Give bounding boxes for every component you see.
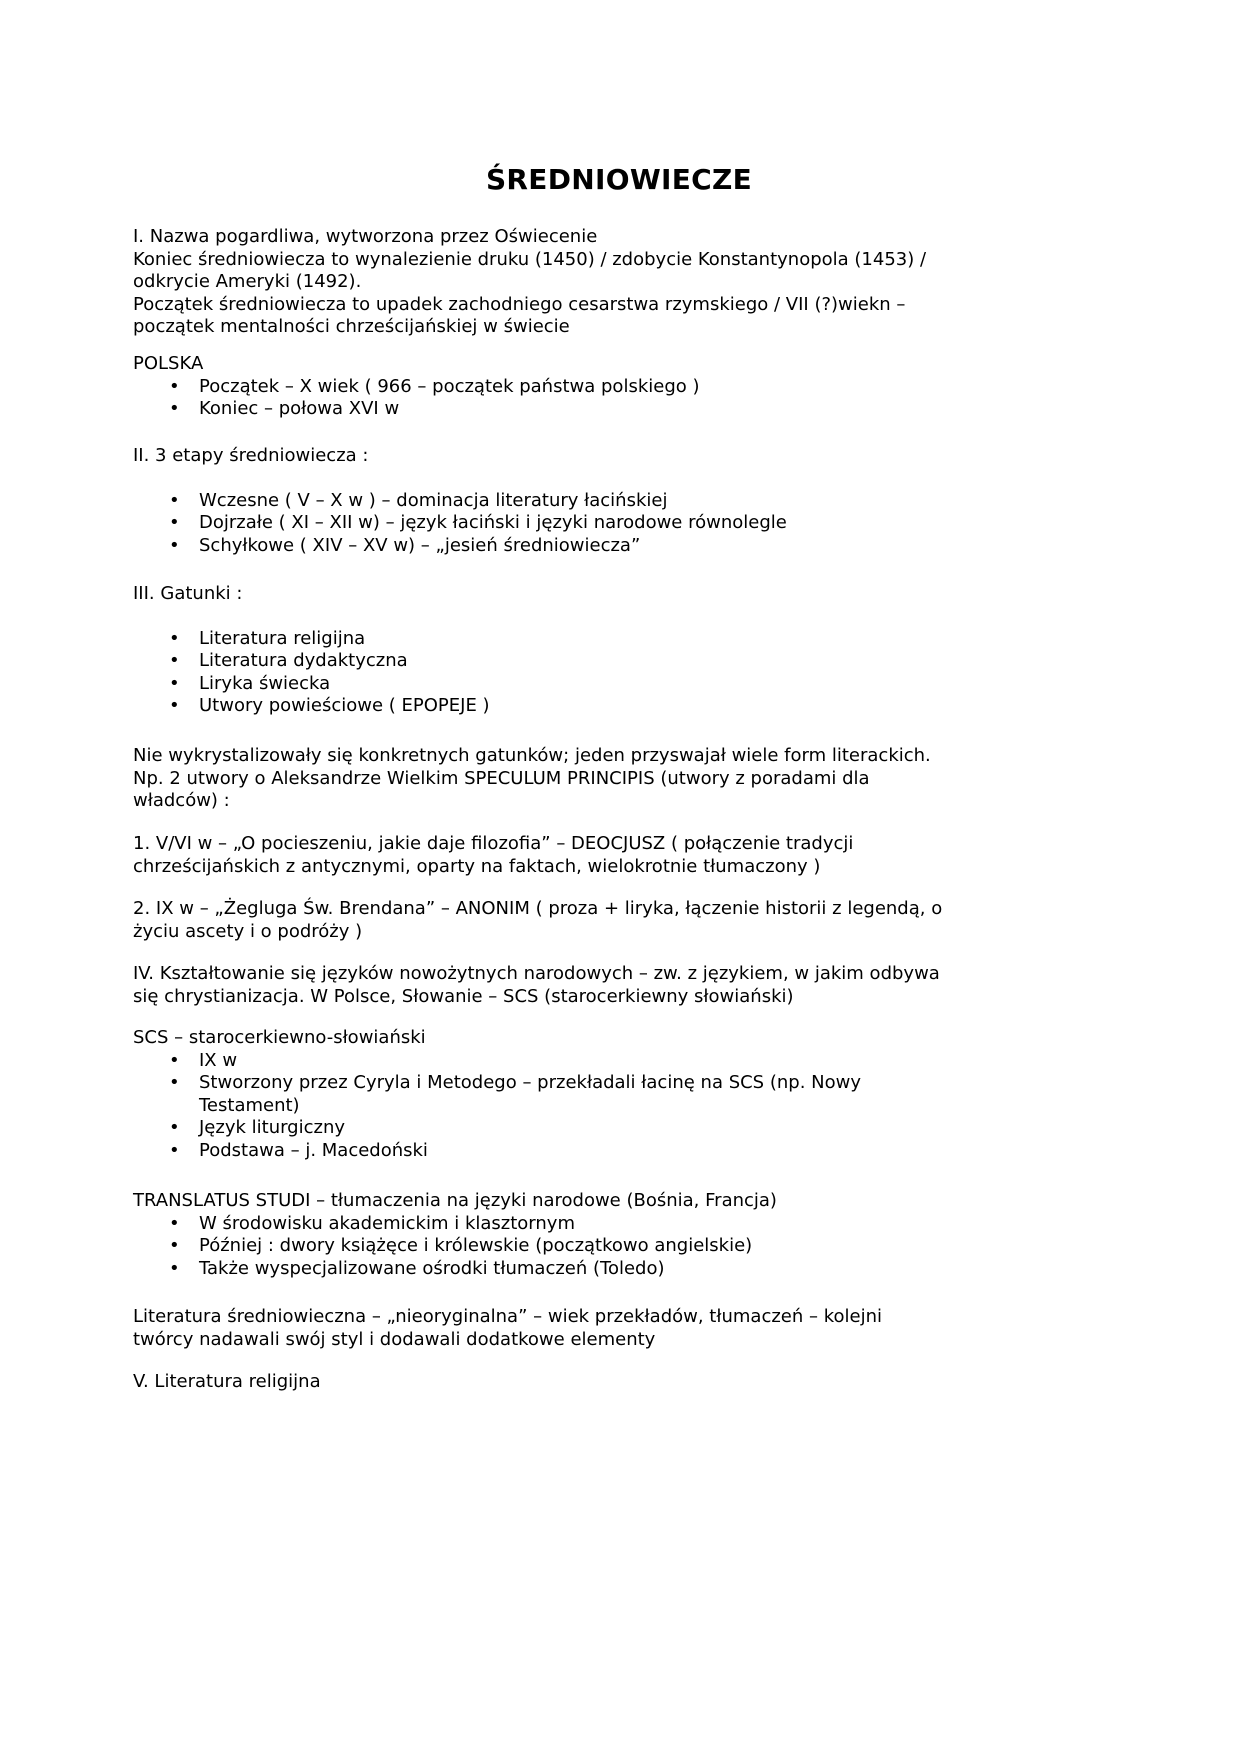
intro-line: odkrycie Ameryki (1492). bbox=[133, 271, 1093, 294]
intro-line: I. Nazwa pogardliwa, wytworzona przez Oś… bbox=[133, 226, 1093, 249]
list-item: Później : dwory książęce i królewskie (p… bbox=[133, 1235, 1093, 1258]
bullet-list: Początek – X wiek ( 966 – początek państ… bbox=[133, 376, 1093, 421]
list-item: Schyłkowe ( XIV – XV w) – „jesień średni… bbox=[133, 535, 1093, 558]
list-item: IX w bbox=[133, 1050, 953, 1073]
section-heading: V. Literatura religijna bbox=[133, 1371, 1093, 1394]
list-item: Koniec – połowa XVI w bbox=[133, 398, 1093, 421]
work-2: 2. IX w – „Żegluga Św. Brendana” – ANONI… bbox=[133, 898, 1093, 943]
paragraph-line: władców) : bbox=[133, 790, 1093, 813]
list-item: Podstawa – j. Macedoński bbox=[133, 1140, 953, 1163]
paragraph-line: chrześcijańskich z antycznymi, oparty na… bbox=[133, 856, 1093, 879]
list-item: Utwory powieściowe ( EPOPEJE ) bbox=[133, 695, 1093, 718]
paragraph-line: IV. Kształtowanie się języków nowożytnyc… bbox=[133, 963, 1093, 986]
scs-section: SCS – starocerkiewno-słowiański IX w Stw… bbox=[133, 1027, 1093, 1162]
page-title: ŚREDNIOWIECZE bbox=[133, 163, 1105, 197]
intro-line: Początek średniowiecza to upadek zachodn… bbox=[133, 294, 1093, 317]
section-heading: III. Gatunki : bbox=[133, 583, 1093, 606]
intro-line: początek mentalności chrześcijańskiej w … bbox=[133, 316, 1093, 339]
paragraph-line: Nie wykrystalizowały się konkretnych gat… bbox=[133, 745, 1093, 768]
list-item: W środowisku akademickim i klasztornym bbox=[133, 1213, 1093, 1236]
literature-paragraph: Literatura średniowieczna – „nieoryginal… bbox=[133, 1306, 1093, 1351]
section-v: V. Literatura religijna bbox=[133, 1371, 1093, 1394]
bullet-list: W środowisku akademickim i klasztornym P… bbox=[133, 1213, 1093, 1281]
polska-section: POLSKA Początek – X wiek ( 966 – począte… bbox=[133, 353, 1093, 421]
list-item: Stworzony przez Cyryla i Metodego – prze… bbox=[133, 1072, 899, 1117]
list-item: Liryka świecka bbox=[133, 673, 1093, 696]
section-heading: II. 3 etapy średniowiecza : bbox=[133, 445, 1093, 468]
list-item: Język liturgiczny bbox=[133, 1117, 953, 1140]
paragraph-line: twórcy nadawali swój styl i dodawali dod… bbox=[133, 1329, 1093, 1352]
section-heading: SCS – starocerkiewno-słowiański bbox=[133, 1027, 1093, 1050]
list-item: Także wyspecjalizowane ośrodki tłumaczeń… bbox=[133, 1258, 1093, 1281]
etapy-section: II. 3 etapy średniowiecza : Wczesne ( V … bbox=[133, 445, 1093, 557]
intro-line: Koniec średniowiecza to wynalezienie dru… bbox=[133, 249, 1093, 272]
section-heading: TRANSLATUS STUDI – tłumaczenia na języki… bbox=[133, 1190, 1093, 1213]
list-item: Literatura religijna bbox=[133, 628, 1093, 651]
paragraph-line: 2. IX w – „Żegluga Św. Brendana” – ANONI… bbox=[133, 898, 1093, 921]
bullet-list: IX w Stworzony przez Cyryla i Metodego –… bbox=[133, 1050, 953, 1163]
bullet-list: Literatura religijna Literatura dydaktyc… bbox=[133, 628, 1093, 718]
section-iv: IV. Kształtowanie się języków nowożytnyc… bbox=[133, 963, 1093, 1008]
gatunki-section: III. Gatunki : Literatura religijna Lite… bbox=[133, 583, 1093, 718]
paragraph-line: Np. 2 utwory o Aleksandrze Wielkim SPECU… bbox=[133, 768, 1093, 791]
list-item: Początek – X wiek ( 966 – początek państ… bbox=[133, 376, 1093, 399]
paragraph-line: Literatura średniowieczna – „nieoryginal… bbox=[133, 1306, 1093, 1329]
work-1: 1. V/VI w – „O pocieszeniu, jakie daje f… bbox=[133, 833, 1093, 878]
list-item: Literatura dydaktyczna bbox=[133, 650, 1093, 673]
bullet-list: Wczesne ( V – X w ) – dominacja literatu… bbox=[133, 490, 1093, 558]
translatus-section: TRANSLATUS STUDI – tłumaczenia na języki… bbox=[133, 1190, 1093, 1280]
paragraph-line: się chrystianizacja. W Polsce, Słowanie … bbox=[133, 986, 1093, 1009]
intro-section: I. Nazwa pogardliwa, wytworzona przez Oś… bbox=[133, 226, 1093, 339]
paragraph-line: 1. V/VI w – „O pocieszeniu, jakie daje f… bbox=[133, 833, 1093, 856]
list-item: Dojrzałe ( XI – XII w) – język łaciński … bbox=[133, 512, 1093, 535]
section-heading: POLSKA bbox=[133, 353, 1093, 376]
genres-paragraph: Nie wykrystalizowały się konkretnych gat… bbox=[133, 745, 1093, 813]
paragraph-line: życiu ascety i o podróży ) bbox=[133, 921, 1093, 944]
list-item: Wczesne ( V – X w ) – dominacja literatu… bbox=[133, 490, 1093, 513]
